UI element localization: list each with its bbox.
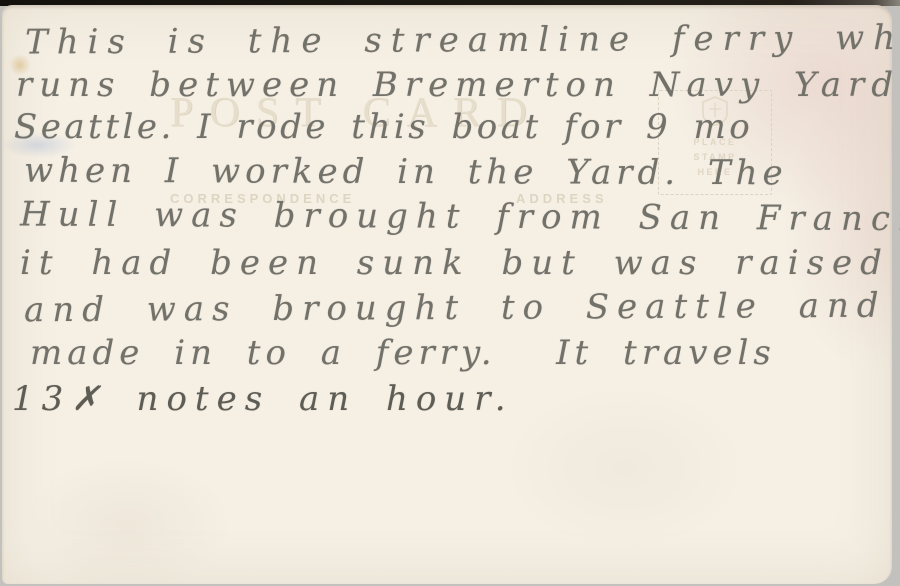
postcard-back: POST CARD CORRESPONDENCE ADDRESS PLACE S…: [2, 5, 892, 584]
handwriting-line: 13✗ notes an hour.: [12, 379, 514, 419]
postcard-scan: POST CARD CORRESPONDENCE ADDRESS PLACE S…: [0, 0, 900, 586]
handwriting-line: and was brought to Seattle and: [24, 286, 887, 331]
handwriting-line: runs between Bremerton Navy Yard and: [16, 65, 900, 105]
handwriting-line: made in to a ferry. It travels: [30, 333, 776, 373]
handwriting-line: Seattle. I rode this boat for 9 mo: [14, 107, 753, 147]
handwriting-line: This is the streamline ferry which: [25, 17, 900, 62]
handwriting-line: Hull was brought from San Francisco: [20, 194, 900, 239]
handwriting-line: when I worked in the Yard. The: [24, 151, 788, 194]
handwriting-line: it had been sunk but was raised: [20, 243, 890, 283]
